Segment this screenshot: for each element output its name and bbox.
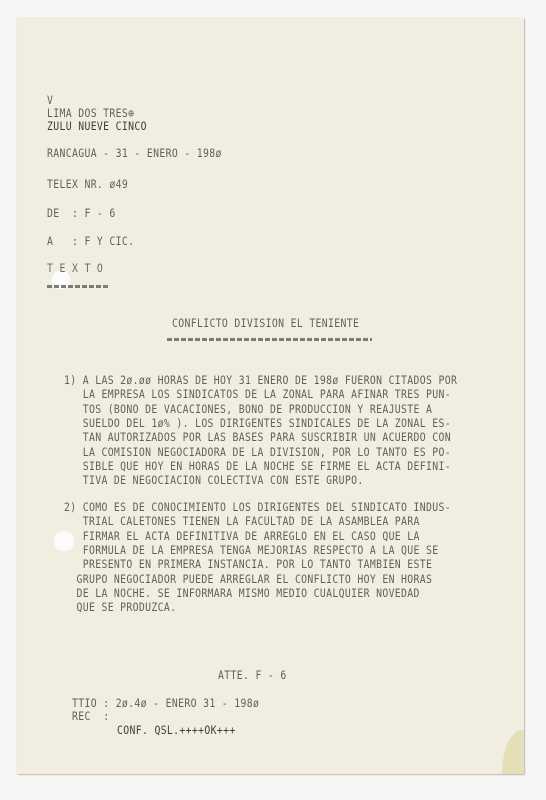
to-field: A : F Y CIC. bbox=[47, 234, 134, 248]
paragraph-line: FIRMAR EL ACTA DEFINITIVA DE ARREGLO EN … bbox=[64, 529, 420, 543]
header-callsign-1: LIMA DOS TRES⊕ bbox=[47, 106, 134, 120]
paragraph-line: QUE SE PRODUZCA. bbox=[64, 600, 176, 614]
texto-underline bbox=[47, 285, 110, 288]
confirmation: CONF. QSL.++++OK+++ bbox=[117, 723, 236, 737]
paragraph-line: TAN AUTORIZADOS POR LAS BASES PARA SUSCR… bbox=[64, 430, 451, 444]
transmission-time: TTIO : 2ø.4ø - ENERO 31 - 198ø bbox=[72, 696, 259, 710]
paragraph-line: SUELDO DEL 1ø% ). LOS DIRIGENTES SINDICA… bbox=[64, 416, 451, 430]
from-field: DE : F - 6 bbox=[47, 206, 116, 220]
signature: ATTE. F - 6 bbox=[218, 668, 287, 682]
paper-stain bbox=[502, 730, 524, 774]
telex-number: TELEX NR. ø49 bbox=[47, 177, 128, 191]
header-callsign-2: ZULU NUEVE CINCO bbox=[47, 119, 147, 133]
paragraph-line: TRIAL CALETONES TIENEN LA FACULTAD DE LA… bbox=[64, 514, 420, 528]
texto-label: T E X T O bbox=[47, 261, 103, 275]
paragraph-line: GRUPO NEGOCIADOR PUEDE ARREGLAR EL CONFL… bbox=[64, 572, 432, 586]
paragraph-line: LA EMPRESA LOS SINDICATOS DE LA ZONAL PA… bbox=[64, 387, 451, 401]
paragraph-line: 2) COMO ES DE CONOCIMIENTO LOS DIRIGENTE… bbox=[64, 500, 451, 514]
paragraph-line: LA COMISION NEGOCIADORA DE LA DIVISION, … bbox=[64, 445, 451, 459]
paragraph-line: DE LA NOCHE. SE INFORMARA MISMO MEDIO CU… bbox=[64, 586, 420, 600]
paragraph-line: 1) A LAS 2ø.øø HORAS DE HOY 31 ENERO DE … bbox=[64, 373, 457, 387]
place-date: RANCAGUA - 31 - ENERO - 198ø bbox=[47, 146, 222, 160]
received-label: REC : bbox=[72, 709, 109, 723]
title-underline bbox=[167, 338, 372, 341]
document-title: CONFLICTO DIVISION EL TENIENTE bbox=[172, 316, 359, 330]
paragraph-line: SIBLE QUE HOY EN HORAS DE LA NOCHE SE FI… bbox=[64, 459, 451, 473]
paragraph-line: TIVA DE NEGOCIACION COLECTIVA CON ESTE G… bbox=[64, 473, 364, 487]
paragraph-line: FORMULA DE LA EMPRESA TENGA MEJORIAS RES… bbox=[64, 543, 439, 557]
header-line-v: V bbox=[47, 93, 53, 107]
paragraph-line: TOS (BONO DE VACACIONES, BONO DE PRODUCC… bbox=[64, 402, 432, 416]
paragraph-line: PRESENTO EN PRIMERA INSTANCIA. POR LO TA… bbox=[64, 557, 432, 571]
